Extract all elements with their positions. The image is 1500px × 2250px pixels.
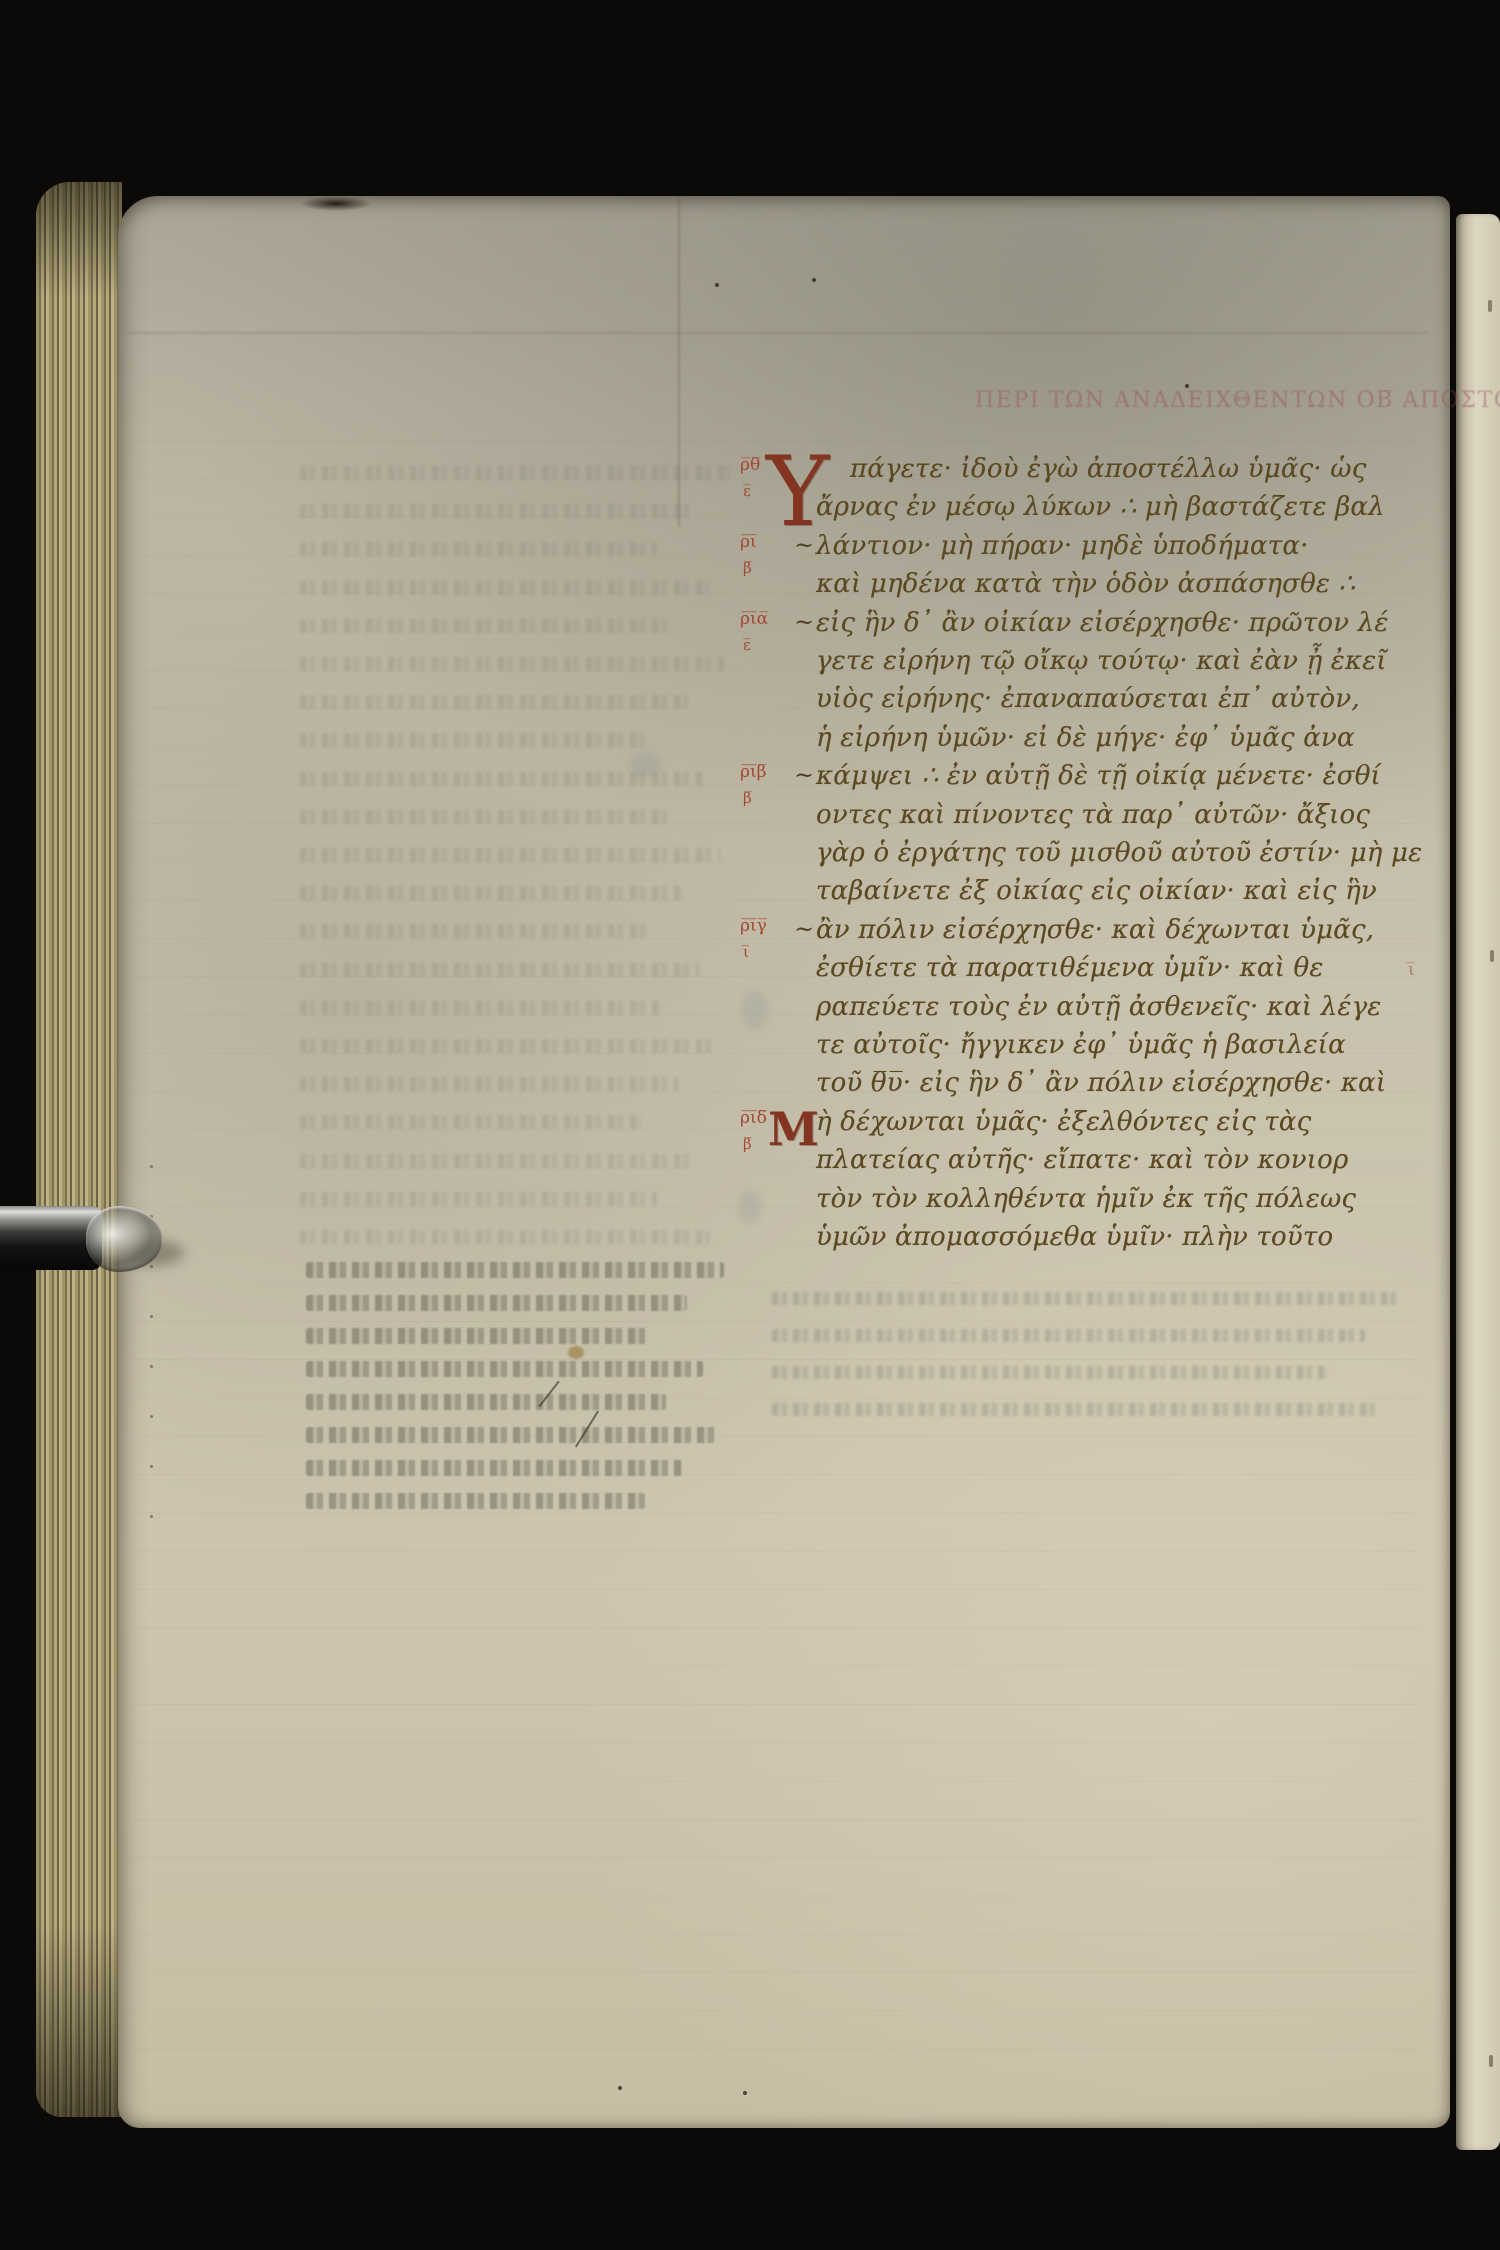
speck: [618, 2086, 622, 2090]
line-text: λάντιον· μὴ πήραν· μηδὲ ὑποδήματα·: [816, 531, 1309, 561]
manuscript-text-line: ἐσθίετε τὰ παρατιθέμενα ὑμῖν· καὶ θε: [798, 953, 1410, 991]
line-text: οντες καὶ πίνοντες τὰ παρ᾽ αὐτῶν· ἄξιος: [816, 800, 1370, 830]
pricking-hole: [150, 1465, 153, 1468]
show-through-line: [300, 1115, 641, 1129]
line-text: ἂν πόλιν εἰσέρχησθε· καὶ δέχωνται ὑμᾶς,: [816, 915, 1374, 945]
show-through-line: [306, 1328, 650, 1344]
speck: [715, 283, 719, 287]
show-through-line: [300, 924, 646, 938]
line-text: γὰρ ὁ ἐργάτης τοῦ μισθοῦ αὐτοῦ ἐστίν· μὴ…: [816, 838, 1422, 868]
line-text: υἱὸς εἰρήνης· ἐπαναπαύσεται ἐπ᾽ αὐτὸν,: [816, 684, 1360, 714]
ink-mark-on-facing-page: [1489, 2055, 1493, 2067]
show-through-line: [306, 1460, 682, 1476]
show-through-line: [300, 504, 693, 518]
manuscript-photo: ΠΕΡΙ ΤΩΝ ΑΝΑΔΕΙΧΘΕΝΤΩΝ ΟΒ̅ ΑΠΟΣΤΟΛΩΝ · Λ…: [0, 0, 1500, 2250]
line-text: πάγετε· ἰδοὺ ἐγὼ ἀποστέλλω ὑμᾶς· ὡς: [850, 454, 1366, 484]
show-through-line: [306, 1427, 719, 1443]
show-through-line: [300, 848, 720, 862]
section-start-tilde: ~: [794, 531, 814, 559]
section-start-tilde: ~: [794, 608, 814, 636]
line-text: ραπεύετε τοὺς ἐν αὐτῇ ἀσθενεῖς· καὶ λέγε: [816, 992, 1381, 1022]
show-through-line: [300, 810, 667, 824]
line-text: ἐσθίετε τὰ παρατιθέμενα ὑμῖν· καὶ θε: [816, 953, 1324, 983]
show-through-line: [772, 1366, 1328, 1379]
manuscript-text-line: ταβαίνετε ἐξ οἰκίας εἰς οἰκίαν· καὶ εἰς …: [798, 876, 1410, 914]
running-header-rubric: ΠΕΡΙ ΤΩΝ ΑΝΑΔΕΙΧΘΕΝΤΩΝ ΟΒ̅ ΑΠΟΣΤΟΛΩΝ · Λ…: [975, 388, 1405, 418]
show-through-line: [300, 581, 709, 595]
blue-smudge: [738, 1190, 762, 1224]
ink-mark-on-facing-page: [1490, 950, 1494, 962]
show-through-line: [300, 1154, 694, 1168]
manuscript-text-line: ὑμῶν ἀπομασσόμεθα ὑμῖν· πλὴν τοῦτο: [798, 1222, 1410, 1260]
section-start-tilde: ~: [794, 761, 814, 789]
show-through-line: [306, 1361, 703, 1377]
speck: [812, 278, 816, 282]
show-through-line: [300, 963, 699, 977]
manuscript-text-line: ὴ δέχωνται ὑμᾶς· ἐξελθόντες εἰς τὰς: [798, 1107, 1410, 1145]
line-text: τοῦ θ̅υ̅· εἰς ἣν δ᾽ ἂν πόλιν εἰσέρχησθε·…: [816, 1068, 1386, 1098]
manuscript-text-line: γετε εἰρήνη τῷ οἴκῳ τούτῳ· καὶ ἐὰν ᾖ ἐκε…: [798, 646, 1410, 684]
blue-smudge: [742, 990, 768, 1030]
manuscript-text-line: τε αὐτοῖς· ἤγγικεν ἐφ᾽ ὑμᾶς ἡ βασιλεία: [798, 1030, 1410, 1068]
manuscript-text-line: ~λάντιον· μὴ πήραν· μηδὲ ὑποδήματα·: [798, 531, 1410, 569]
eusebian-section-number: ρ̅ι̅α̅ε̅: [740, 611, 796, 653]
horizontal-crease: [128, 332, 1428, 334]
line-text: τε αὐτοῖς· ἤγγικεν ἐφ᾽ ὑμᾶς ἡ βασιλεία: [816, 1030, 1346, 1060]
line-text: ἡ εἰρήνη ὑμῶν· εἰ δὲ μήγε· ἐφ᾽ ὑμᾶς ἀνα: [816, 723, 1355, 753]
line-text: ὑμῶν ἀπομασσόμεθα ὑμῖν· πλὴν τοῦτο: [816, 1222, 1333, 1252]
manuscript-text-line: γὰρ ὁ ἐργάτης τοῦ μισθοῦ αὐτοῦ ἐστίν· μὴ…: [798, 838, 1410, 876]
right-margin-rubric-mark: ι̅: [1408, 960, 1415, 980]
line-text: τὸν τὸν κολληθέντα ἡμῖν ἐκ τῆς πόλεως: [816, 1184, 1356, 1214]
manuscript-text-line: ἄρνας ἐν μέσῳ λύκων ∴ μὴ βαστάζετε βαλ: [798, 492, 1410, 530]
show-through-line: [300, 1230, 710, 1244]
show-through-line: [300, 1192, 657, 1206]
show-through-line: [300, 695, 688, 709]
show-through-line: [300, 466, 730, 480]
manuscript-text-line: ~κάμψει ∴ ἐν αὐτῇ δὲ τῇ οἰκίᾳ μένετε· ἐσ…: [798, 761, 1410, 799]
ink-mark-on-facing-page: [1488, 300, 1492, 312]
line-text: γετε εἰρήνη τῷ οἴκῳ τούτῳ· καὶ ἐὰν ᾖ ἐκε…: [816, 646, 1387, 676]
manuscript-text-line: τοῦ θ̅υ̅· εἰς ἣν δ᾽ ἂν πόλιν εἰσέρχησθε·…: [798, 1068, 1410, 1106]
manuscript-text-line: ἡ εἰρήνη ὑμῶν· εἰ δὲ μήγε· ἐφ᾽ ὑμᾶς ἀνα: [798, 723, 1410, 761]
facing-page-edge: [1456, 214, 1500, 2150]
line-text: ἄρνας ἐν μέσῳ λύκων ∴ μὴ βαστάζετε βαλ: [816, 492, 1385, 522]
show-through-line: [306, 1493, 645, 1509]
manuscript-text-line: υἱὸς εἰρήνης· ἐπαναπαύσεται ἐπ᾽ αὐτὸν,: [798, 684, 1410, 722]
speck: [1185, 384, 1189, 388]
line-text: εἰς ἣν δ᾽ ἂν οἰκίαν εἰσέρχησθε· πρῶτον λ…: [816, 608, 1389, 638]
section-start-tilde: ~: [794, 915, 814, 943]
show-through-line: [300, 1077, 678, 1091]
speck: [743, 2091, 747, 2095]
eusebian-section-number: ρ̅ι̅γ̅ι̅: [740, 918, 796, 960]
pricking-hole: [150, 1315, 153, 1318]
book-fore-edge: [36, 182, 122, 2117]
manuscript-text-line: ραπεύετε τοὺς ἐν αὐτῇ ἀσθενεῖς· καὶ λέγε: [798, 992, 1410, 1030]
show-through-line: [300, 542, 656, 556]
pricking-hole: [150, 1415, 153, 1418]
line-text: καὶ μηδένα κατὰ τὴν ὁδὸν ἀσπάσησθε ∴: [816, 569, 1355, 599]
show-through-line: [300, 733, 651, 747]
eusebian-section-number: ρ̅ι̅β̅: [740, 534, 796, 576]
manuscript-text-line: οντες καὶ πίνοντες τὰ παρ᾽ αὐτῶν· ἄξιος: [798, 800, 1410, 838]
show-through-line: [300, 657, 725, 671]
manuscript-text-line: πλατείας αὐτῆς· εἴπατε· καὶ τὸν κονιορ: [798, 1145, 1410, 1183]
line-text: κάμψει ∴ ἐν αὐτῇ δὲ τῇ οἰκίᾳ μένετε· ἐσθ…: [816, 761, 1381, 791]
pricking-hole: [150, 1365, 153, 1368]
eusebian-section-number: ρ̅ι̅β̅β̅: [740, 764, 796, 806]
manuscript-text-line: ~ἂν πόλιν εἰσέρχησθε· καὶ δέχωνται ὑμᾶς,: [798, 915, 1410, 953]
show-through-line: [306, 1295, 687, 1311]
show-through-line: [772, 1292, 1402, 1305]
manuscript-text-line: τὸν τὸν κολληθέντα ἡμῖν ἐκ τῆς πόλεως: [798, 1184, 1410, 1222]
show-through-line: [300, 886, 683, 900]
line-text: ταβαίνετε ἐξ οἰκίας εἰς οἰκίαν· καὶ εἰς …: [816, 876, 1377, 906]
pricking-hole: [150, 1515, 153, 1518]
edge-stain: [300, 196, 372, 211]
line-text: πλατείας αὐτῆς· εἴπατε· καὶ τὸν κονιορ: [816, 1145, 1349, 1175]
fore-edge-shading: [36, 182, 122, 2117]
manuscript-text-line: ~εἰς ἣν δ᾽ ἂν οἰκίαν εἰσέρχησθε· πρῶτον …: [798, 608, 1410, 646]
manuscript-text-line: πάγετε· ἰδοὺ ἐγὼ ἀποστέλλω ὑμᾶς· ὡς: [798, 454, 1410, 492]
blue-smudge: [630, 752, 660, 778]
show-through-line: [300, 619, 672, 633]
pricking-hole: [150, 1165, 153, 1168]
small-stain: [568, 1346, 584, 1359]
show-through-line: [306, 1394, 666, 1410]
line-text: ὴ δέχωνται ὑμᾶς· ἐξελθόντες εἰς τὰς: [816, 1107, 1311, 1137]
manuscript-text-line: καὶ μηδένα κατὰ τὴν ὁδὸν ἀσπάσησθε ∴: [798, 569, 1410, 607]
rubricated-initial: Μ: [768, 1110, 819, 1149]
show-through-line: [300, 1039, 715, 1053]
show-through-line: [772, 1403, 1381, 1416]
show-through-line: [300, 1001, 662, 1015]
show-through-line: [772, 1329, 1365, 1342]
show-through-line: [306, 1262, 724, 1278]
